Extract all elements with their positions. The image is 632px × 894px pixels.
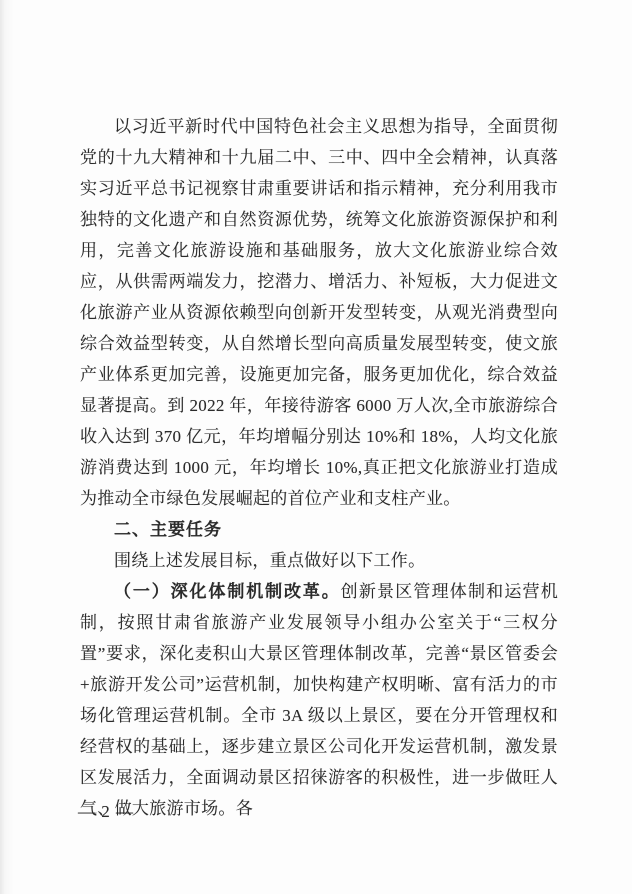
- paragraph-tasks-intro: 围绕上述发展目标，重点做好以下工作。: [80, 545, 558, 576]
- page-number: — 2 —: [78, 800, 134, 824]
- document-page: 以习近平新时代中国特色社会主义思想为指导，全面贯彻党的十九大精神和十九届二中、三…: [0, 0, 632, 894]
- paragraph-item-one: （一）深化体制机制改革。创新景区管理体制和运营机制，按照甘肃省旅游产业发展领导小…: [80, 576, 558, 824]
- paragraph-intro: 以习近平新时代中国特色社会主义思想为指导，全面贯彻党的十九大精神和十九届二中、三…: [80, 111, 558, 514]
- item-one-lead: （一）深化体制机制改革。: [114, 582, 341, 601]
- item-one-body: 创新景区管理体制和运营机制，按照甘肃省旅游产业发展领导小组办公室关于“三权分置”…: [80, 582, 558, 818]
- section-heading: 二、主要任务: [80, 514, 558, 545]
- document-body: 以习近平新时代中国特色社会主义思想为指导，全面贯彻党的十九大精神和十九届二中、三…: [80, 111, 558, 824]
